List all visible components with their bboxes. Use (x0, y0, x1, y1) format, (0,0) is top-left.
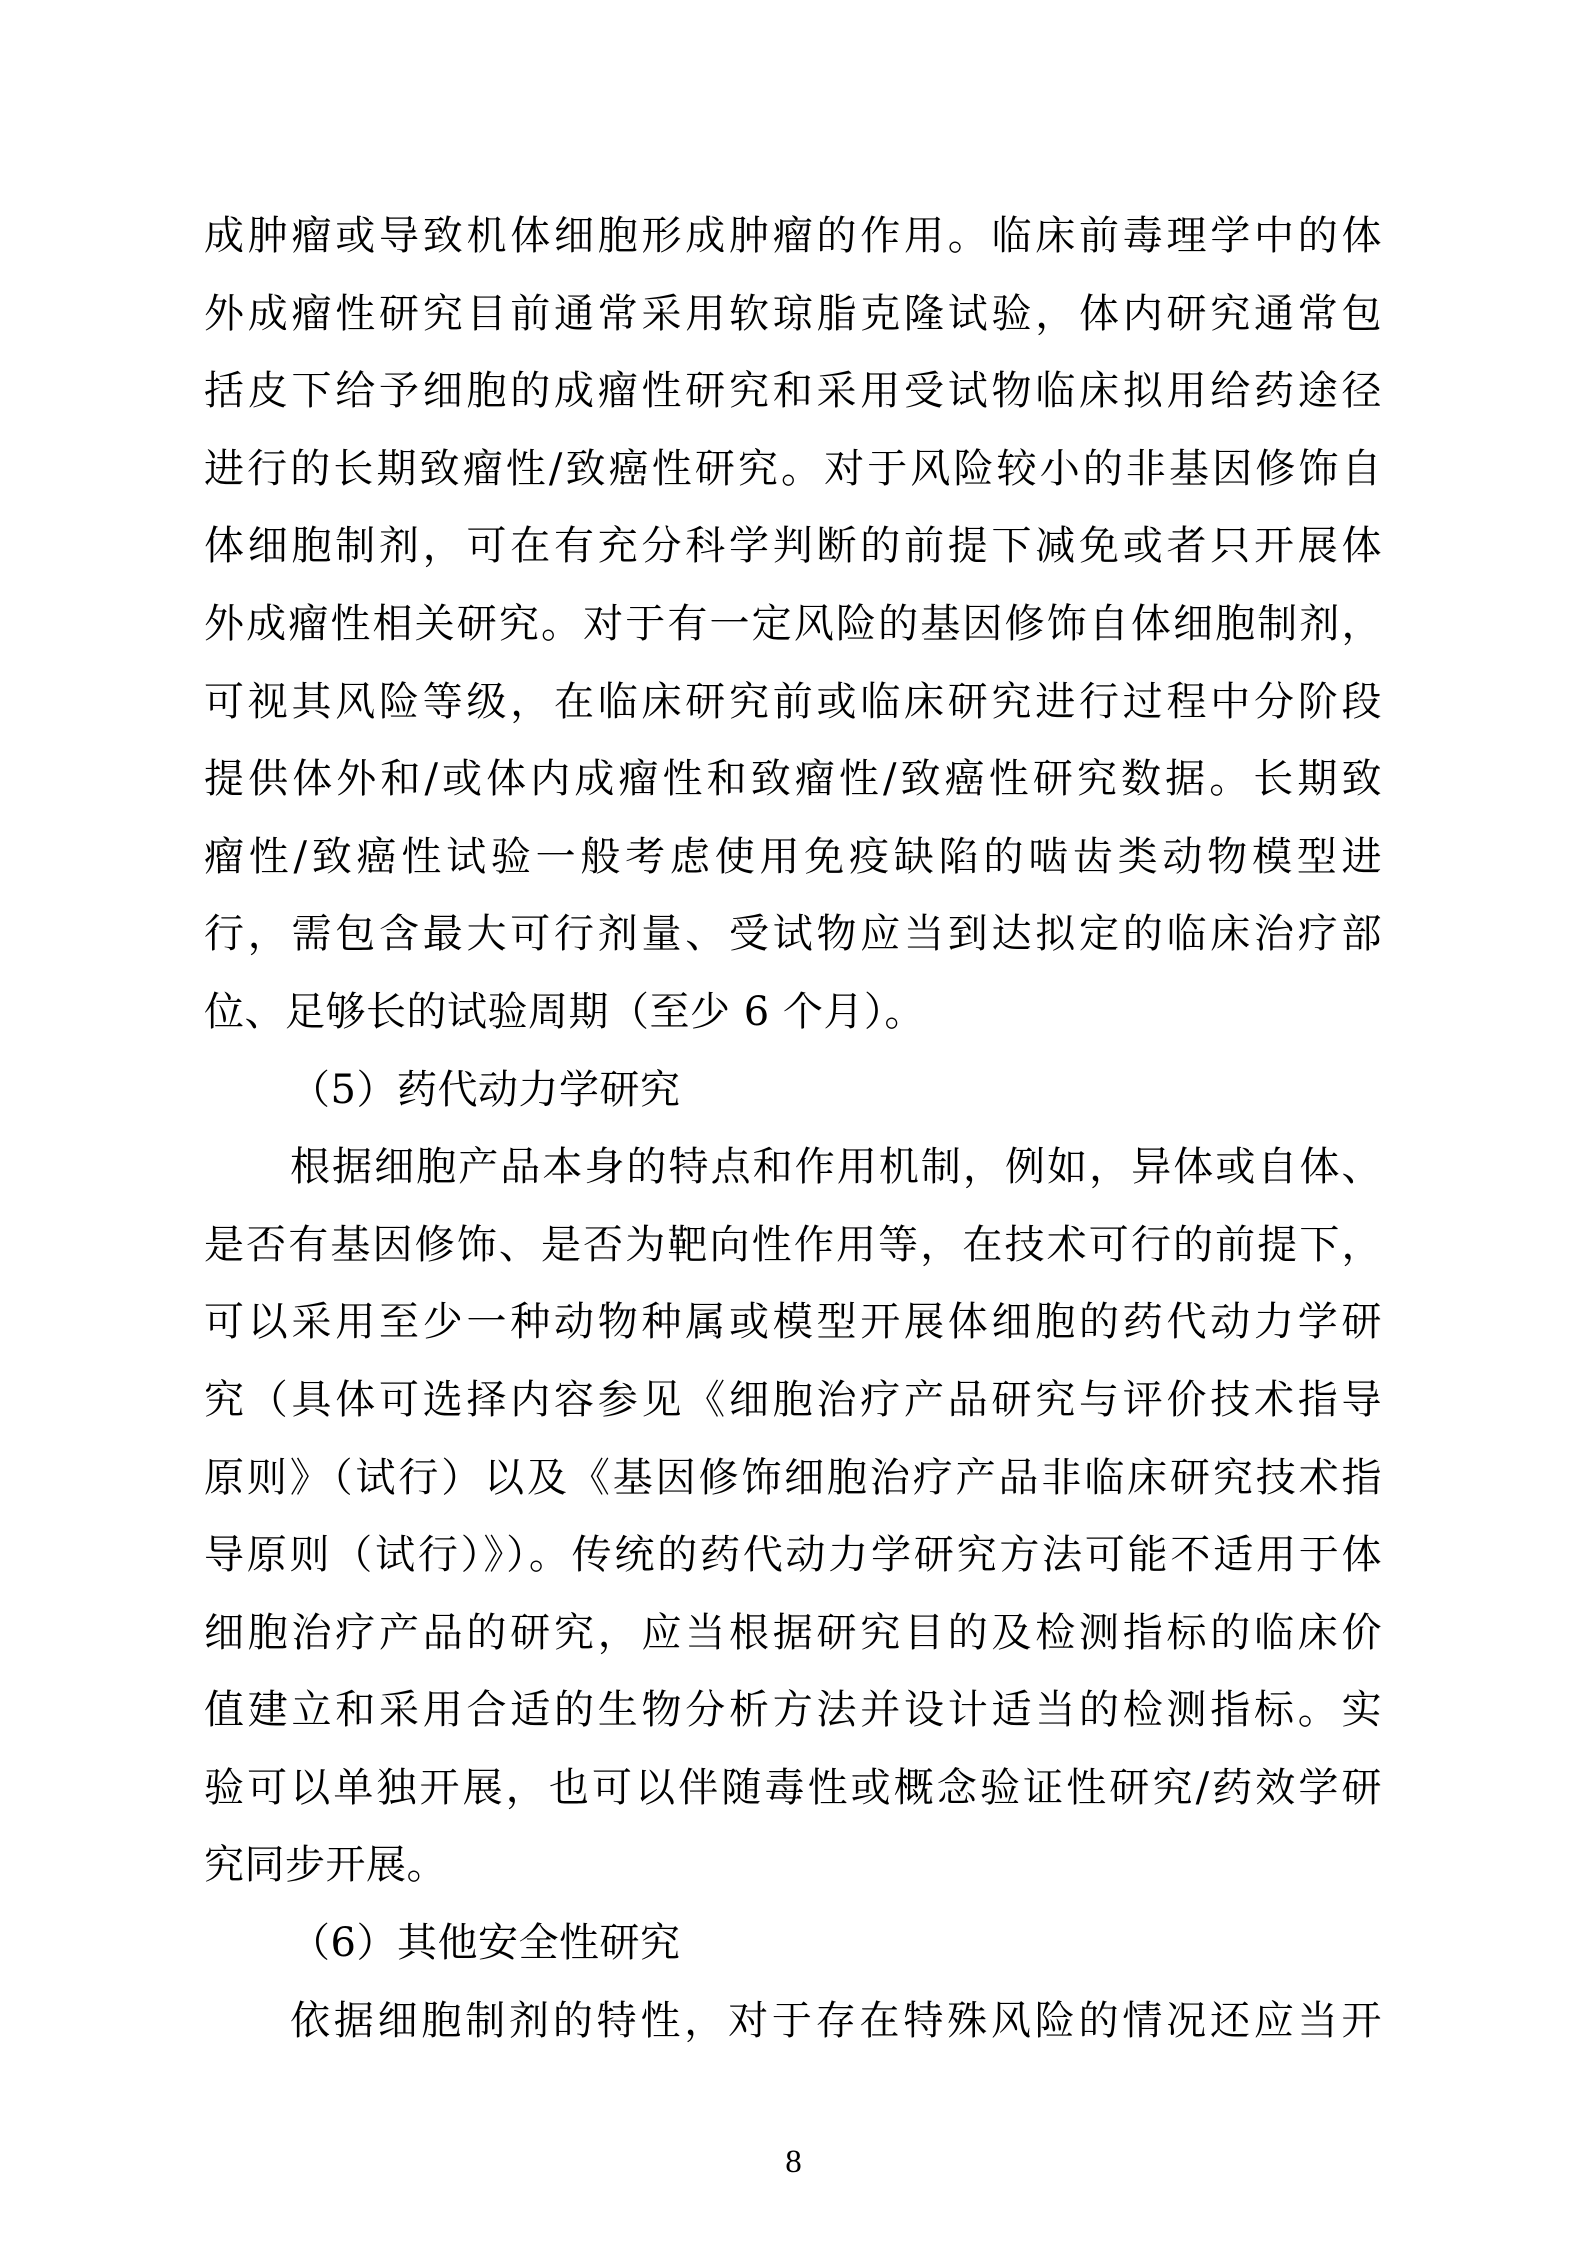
text-line: 究同步开展。 (204, 1827, 1382, 1905)
text-line: 细胞治疗产品的研究，应当根据研究目的及检测指标的临床价 (204, 1595, 1382, 1673)
text-line: 位、足够长的试验周期（至少 6 个月）。 (204, 974, 1382, 1052)
text-line: 可以采用至少一种动物种属或模型开展体细胞的药代动力学研 (204, 1284, 1382, 1362)
text-line: 可视其风险等级，在临床研究前或临床研究进行过程中分阶段 (204, 664, 1382, 742)
text-line: 原则》（试行）以及《基因修饰细胞治疗产品非临床研究技术指 (204, 1440, 1382, 1518)
text-line: 外成瘤性研究目前通常采用软琼脂克隆试验，体内研究通常包 (204, 276, 1382, 354)
text-line: 外成瘤性相关研究。对于有一定风险的基因修饰自体细胞制剂， (204, 586, 1382, 664)
text-line: 提供体外和/或体内成瘤性和致瘤性/致癌性研究数据。长期致 (204, 741, 1382, 819)
text-line: 是否有基因修饰、是否为靶向性作用等，在技术可行的前提下， (204, 1207, 1382, 1285)
text-line: 依据细胞制剂的特性，对于存在特殊风险的情况还应当开 (204, 1983, 1382, 2061)
text-line: 成肿瘤或导致机体细胞形成肿瘤的作用。临床前毒理学中的体 (204, 198, 1382, 276)
text-line: 验可以单独开展，也可以伴随毒性或概念验证性研究/药效学研 (204, 1750, 1382, 1828)
text-line: 进行的长期致瘤性/致癌性研究。对于风险较小的非基因修饰自 (204, 431, 1382, 509)
text-line: 体细胞制剂，可在有充分科学判断的前提下减免或者只开展体 (204, 508, 1382, 586)
text-line: 究（具体可选择内容参见《细胞治疗产品研究与评价技术指导 (204, 1362, 1382, 1440)
page-body-text: 成肿瘤或导致机体细胞形成肿瘤的作用。临床前毒理学中的体 外成瘤性研究目前通常采用… (204, 198, 1382, 2060)
page-number: 8 (0, 2142, 1587, 2182)
document-page: 成肿瘤或导致机体细胞形成肿瘤的作用。临床前毒理学中的体 外成瘤性研究目前通常采用… (0, 0, 1587, 2245)
text-line: 导原则（试行）》）。传统的药代动力学研究方法可能不适用于体 (204, 1517, 1382, 1595)
text-line: 根据细胞产品本身的特点和作用机制，例如，异体或自体、 (204, 1129, 1382, 1207)
section-heading-6: （6）其他安全性研究 (204, 1905, 1382, 1983)
text-line: 括皮下给予细胞的成瘤性研究和采用受试物临床拟用给药途径 (204, 353, 1382, 431)
text-line: 值建立和采用合适的生物分析方法并设计适当的检测指标。实 (204, 1672, 1382, 1750)
text-line: 瘤性/致癌性试验一般考虑使用免疫缺陷的啮齿类动物模型进 (204, 819, 1382, 897)
section-heading-5: （5）药代动力学研究 (204, 1052, 1382, 1130)
text-line: 行，需包含最大可行剂量、受试物应当到达拟定的临床治疗部 (204, 896, 1382, 974)
